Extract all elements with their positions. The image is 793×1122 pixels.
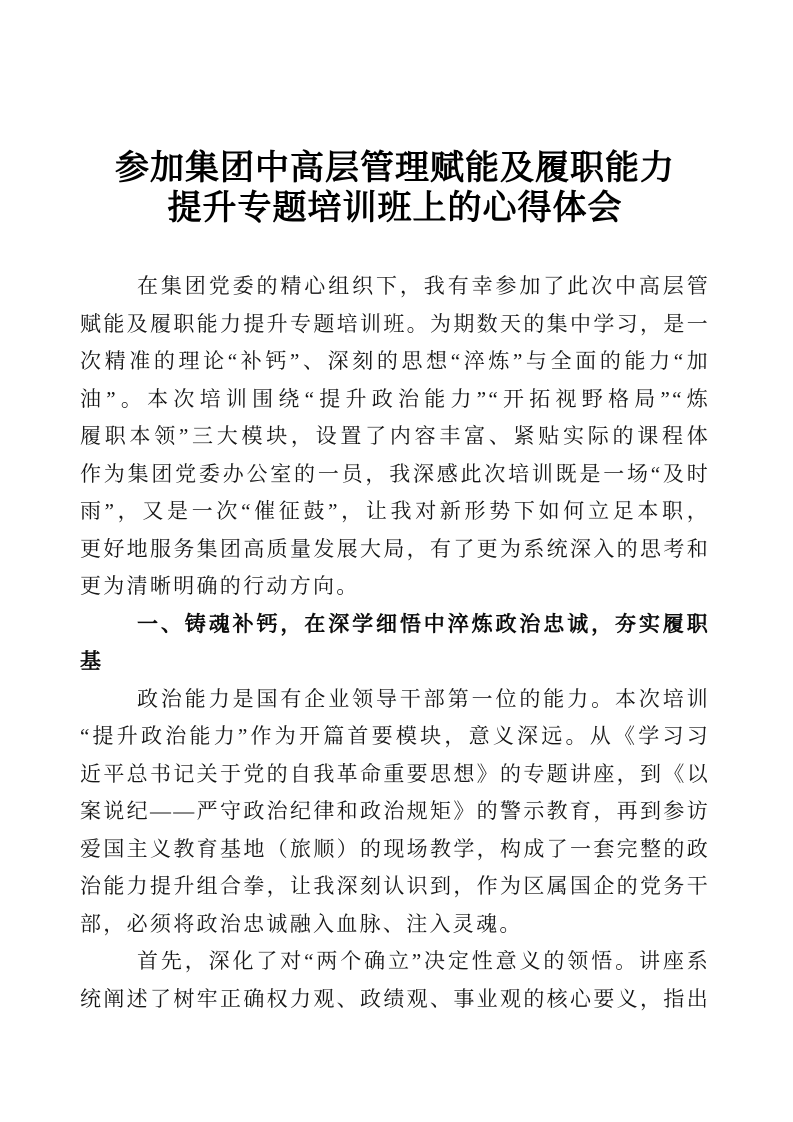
text-line: 油”。本次培训围绕“提升政治能力”“开拓视野格局”“炼 xyxy=(80,381,710,419)
section-heading: 一、铸魂补钙，在深学细悟中淬炼政治忠诚，夯实履职之基 xyxy=(80,606,710,681)
text-line: 作为集团党委办公室的一员，我深感此次培训既是一场“及时 xyxy=(80,456,710,494)
text-line: 政治能力是国有企业领导干部第一位的能力。本次培训将 xyxy=(80,681,710,719)
text-line: 近平总书记关于党的自我革命重要思想》的专题讲座，到《以 xyxy=(80,756,710,794)
document-title: 参加集团中高层管理赋能及履职能力 提升专题培训班上的心得体会 xyxy=(0,0,793,229)
text-line: 首先，深化了对“两个确立”决定性意义的领悟。讲座系 xyxy=(80,943,710,981)
text-line: 雨”，又是一次“催征鼓”，让我对新形势下如何立足本职， xyxy=(80,493,710,531)
text-line: 更为清晰明确的行动方向。 xyxy=(80,568,710,606)
text-line: 履职本领”三大模块，设置了内容丰富、紧贴实际的课程体系。 xyxy=(80,418,710,456)
text-line: 在集团党委的精心组织下，我有幸参加了此次中高层管理 xyxy=(80,268,710,306)
paragraph: 政治能力是国有企业领导干部第一位的能力。本次培训将“提升政治能力”作为开篇首要模… xyxy=(80,681,710,944)
paragraph: 首先，深化了对“两个确立”决定性意义的领悟。讲座系统阐述了树牢正确权力观、政绩观… xyxy=(80,943,710,1018)
text-line: 一、铸魂补钙，在深学细悟中淬炼政治忠诚，夯实履职之 xyxy=(80,606,710,644)
paragraph: 在集团党委的精心组织下，我有幸参加了此次中高层管理赋能及履职能力提升专题培训班。… xyxy=(80,268,710,606)
text-line: 治能力提升组合拳，让我深刻认识到，作为区属国企的党务干 xyxy=(80,868,710,906)
text-line: 统阐述了树牢正确权力观、政绩观、事业观的核心要义，指出 xyxy=(80,981,710,1019)
text-line: 次精准的理论“补钙”、深刻的思想“淬炼”与全面的能力“加 xyxy=(80,343,710,381)
text-line: “提升政治能力”作为开篇首要模块，意义深远。从《学习习 xyxy=(80,718,710,756)
document-title-line-1: 参加集团中高层管理赋能及履职能力 xyxy=(80,149,710,189)
text-line: 基 xyxy=(80,643,710,681)
text-line: 爱国主义教育基地（旅顺）的现场教学，构成了一套完整的政 xyxy=(80,831,710,869)
text-line: 赋能及履职能力提升专题培训班。为期数天的集中学习，是一 xyxy=(80,306,710,344)
document-title-line-2: 提升专题培训班上的心得体会 xyxy=(80,189,710,229)
text-line: 更好地服务集团高质量发展大局，有了更为系统深入的思考和 xyxy=(80,531,710,569)
text-line: 部，必须将政治忠诚融入血脉、注入灵魂。 xyxy=(80,906,710,944)
text-line: 案说纪——严守政治纪律和政治规矩》的警示教育，再到参访* xyxy=(80,793,710,831)
document-body: 在集团党委的精心组织下，我有幸参加了此次中高层管理赋能及履职能力提升专题培训班。… xyxy=(0,268,793,1018)
document-page: 参加集团中高层管理赋能及履职能力 提升专题培训班上的心得体会 在集团党委的精心组… xyxy=(0,0,793,1122)
